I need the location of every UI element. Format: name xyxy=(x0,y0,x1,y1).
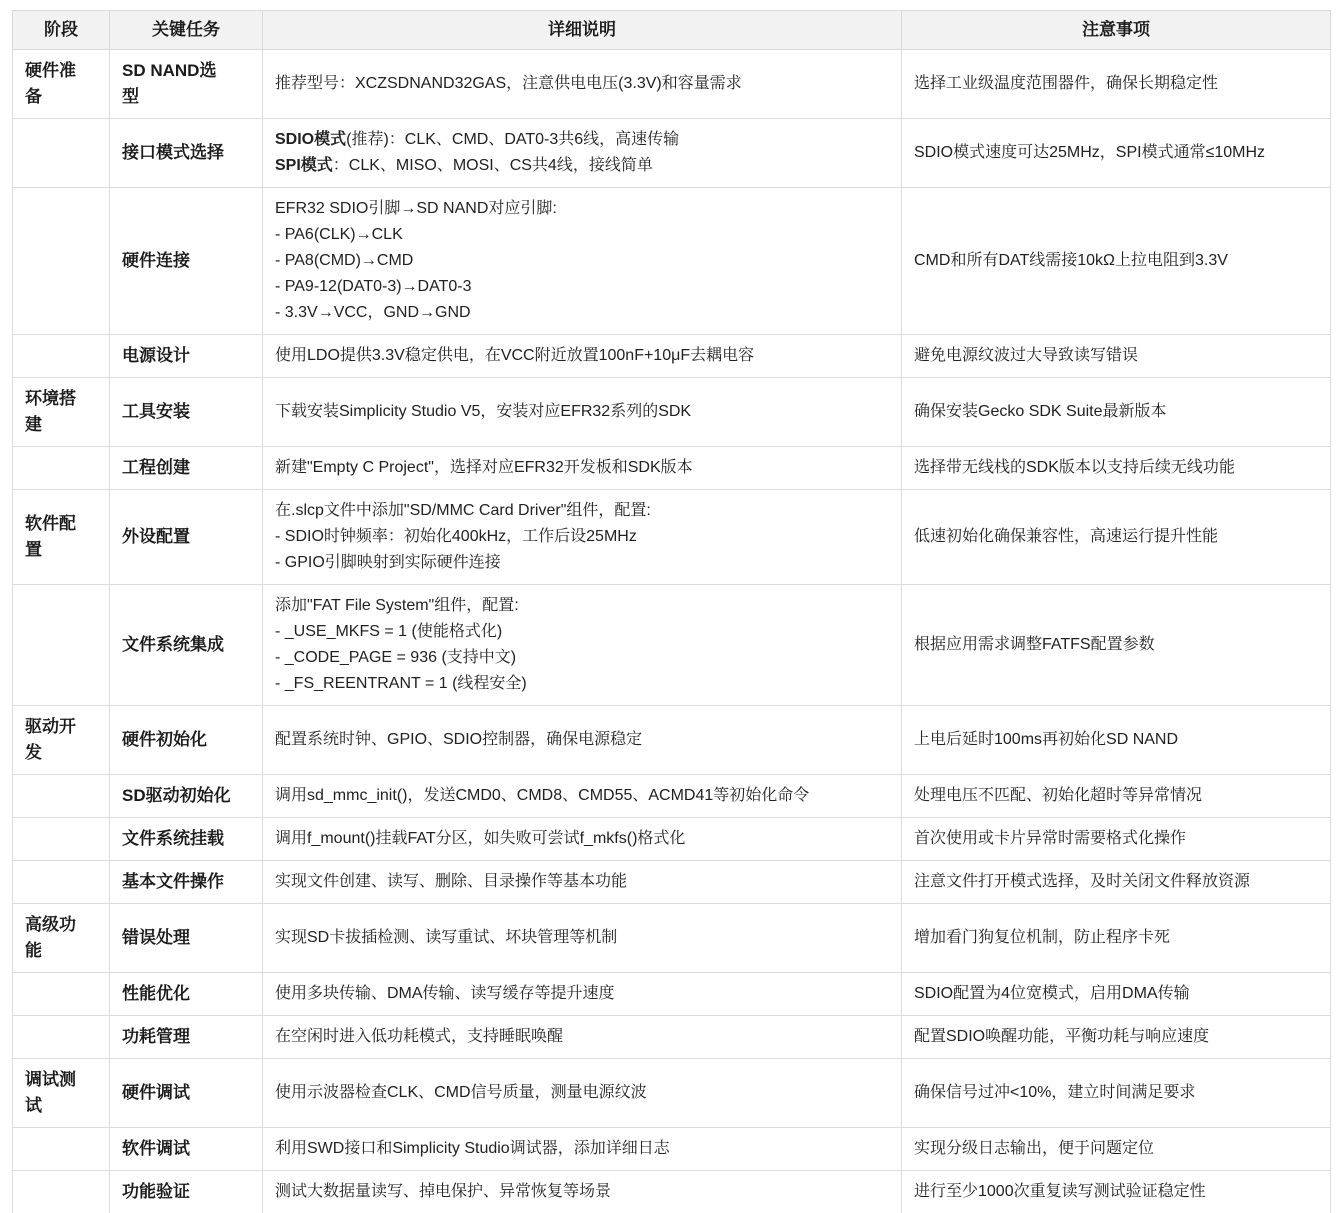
task-cell: 硬件调试 xyxy=(110,1059,263,1128)
detail-cell: 在空闲时进入低功耗模式，支持睡眠唤醒 xyxy=(263,1016,902,1059)
table-row: 功能验证测试大数据量读写、掉电保护、异常恢复等场景进行至少1000次重复读写测试… xyxy=(13,1171,1331,1213)
detail-cell: 推荐型号：XCZSDNAND32GAS，注意供电电压(3.3V)和容量需求 xyxy=(263,50,902,119)
detail-segment: 使用多块传输、DMA传输、读写缓存等提升速度 xyxy=(275,985,615,1002)
stage-cell xyxy=(13,585,110,706)
task-cell: 接口模式选择 xyxy=(110,119,263,188)
table-row: 文件系统挂载调用f_mount()挂载FAT分区，如失败可尝试f_mkfs()格… xyxy=(13,818,1331,861)
detail-segment: - PA8(CMD)→CMD xyxy=(275,252,413,269)
stage-cell xyxy=(13,1128,110,1171)
table-row: 调试测试硬件调试使用示波器检查CLK、CMD信号质量，测量电源纹波确保信号过冲<… xyxy=(13,1059,1331,1128)
detail-segment: 使用示波器检查CLK、CMD信号质量，测量电源纹波 xyxy=(275,1084,647,1101)
detail-line: 使用LDO提供3.3V稳定供电，在VCC附近放置100nF+10μF去耦电容 xyxy=(275,343,889,369)
table-row: 功耗管理在空闲时进入低功耗模式，支持睡眠唤醒配置SDIO唤醒功能，平衡功耗与响应… xyxy=(13,1016,1331,1059)
detail-line: 推荐型号：XCZSDNAND32GAS，注意供电电压(3.3V)和容量需求 xyxy=(275,71,889,97)
stage-cell xyxy=(13,775,110,818)
task-label: 功耗管理 xyxy=(122,1024,190,1050)
detail-line: - GPIO引脚映射到实际硬件连接 xyxy=(275,550,889,576)
table-row: 环境搭建工具安装下载安装Simplicity Studio V5，安装对应EFR… xyxy=(13,378,1331,447)
table-row: 文件系统集成添加"FAT File System"组件，配置:- _USE_MK… xyxy=(13,585,1331,706)
task-label: 外设配置 xyxy=(122,524,190,550)
detail-cell: 实现SD卡拔插检测、读写重试、坏块管理等机制 xyxy=(263,904,902,973)
note-cell: SDIO配置为4位宽模式，启用DMA传输 xyxy=(902,973,1331,1016)
task-label: 硬件调试 xyxy=(122,1080,190,1106)
task-label: SD NAND选型 xyxy=(122,58,231,110)
detail-segment: - GPIO引脚映射到实际硬件连接 xyxy=(275,554,501,571)
detail-line: - PA8(CMD)→CMD xyxy=(275,248,889,274)
detail-segment: 实现文件创建、读写、删除、目录操作等基本功能 xyxy=(275,873,627,890)
detail-line: 调用f_mount()挂载FAT分区，如失败可尝试f_mkfs()格式化 xyxy=(275,826,889,852)
detail-line: 在空闲时进入低功耗模式，支持睡眠唤醒 xyxy=(275,1024,889,1050)
detail-line: - PA6(CLK)→CLK xyxy=(275,222,889,248)
stage-cell xyxy=(13,818,110,861)
detail-segment: - _USE_MKFS = 1 (使能格式化) xyxy=(275,623,502,640)
detail-cell: EFR32 SDIO引脚→SD NAND对应引脚:- PA6(CLK)→CLK-… xyxy=(263,188,902,335)
detail-line: EFR32 SDIO引脚→SD NAND对应引脚: xyxy=(275,196,889,222)
detail-segment: EFR32 SDIO引脚→SD NAND对应引脚: xyxy=(275,200,557,217)
detail-line: - 3.3V→VCC，GND→GND xyxy=(275,300,889,326)
task-cell: 外设配置 xyxy=(110,490,263,585)
stage-cell xyxy=(13,188,110,335)
table-row: 工程创建新建"Empty C Project"，选择对应EFR32开发板和SDK… xyxy=(13,447,1331,490)
detail-line: 使用多块传输、DMA传输、读写缓存等提升速度 xyxy=(275,981,889,1007)
detail-segment: 利用SWD接口和Simplicity Studio调试器，添加详细日志 xyxy=(275,1140,670,1157)
task-label: 错误处理 xyxy=(122,925,190,951)
header-row: 阶段关键任务详细说明注意事项 xyxy=(13,11,1331,50)
detail-cell: 配置系统时钟、GPIO、SDIO控制器，确保电源稳定 xyxy=(263,706,902,775)
detail-segment: (推荐)：CLK、CMD、DAT0-3共6线，高速传输 xyxy=(346,131,679,148)
task-label: SD驱动初始化 xyxy=(122,783,231,809)
table-header: 阶段关键任务详细说明注意事项 xyxy=(13,11,1331,50)
column-header: 详细说明 xyxy=(263,11,902,50)
stage-label: 驱动开发 xyxy=(25,714,79,766)
detail-line: 利用SWD接口和Simplicity Studio调试器，添加详细日志 xyxy=(275,1136,889,1162)
note-cell: 确保安装Gecko SDK Suite最新版本 xyxy=(902,378,1331,447)
detail-cell: 使用LDO提供3.3V稳定供电，在VCC附近放置100nF+10μF去耦电容 xyxy=(263,335,902,378)
detail-segment: 配置系统时钟、GPIO、SDIO控制器，确保电源稳定 xyxy=(275,731,642,748)
stage-label: 调试测试 xyxy=(25,1067,79,1119)
task-label: 工具安装 xyxy=(122,399,190,425)
task-cell: 文件系统挂载 xyxy=(110,818,263,861)
task-cell: 功耗管理 xyxy=(110,1016,263,1059)
table-row: 性能优化使用多块传输、DMA传输、读写缓存等提升速度SDIO配置为4位宽模式，启… xyxy=(13,973,1331,1016)
note-cell: 上电后延时100ms再初始化SD NAND xyxy=(902,706,1331,775)
table-row: 高级功能错误处理实现SD卡拔插检测、读写重试、坏块管理等机制增加看门狗复位机制，… xyxy=(13,904,1331,973)
detail-cell: 添加"FAT File System"组件，配置:- _USE_MKFS = 1… xyxy=(263,585,902,706)
note-cell: 选择带无线栈的SDK版本以支持后续无线功能 xyxy=(902,447,1331,490)
page: 阶段关键任务详细说明注意事项 硬件准备SD NAND选型推荐型号：XCZSDNA… xyxy=(0,0,1341,1213)
task-cell: 文件系统集成 xyxy=(110,585,263,706)
task-cell: 硬件初始化 xyxy=(110,706,263,775)
detail-segment: 调用f_mount()挂载FAT分区，如失败可尝试f_mkfs()格式化 xyxy=(275,830,685,847)
detail-cell: 在.slcp文件中添加"SD/MMC Card Driver"组件，配置:- S… xyxy=(263,490,902,585)
task-cell: 硬件连接 xyxy=(110,188,263,335)
detail-segment: 在.slcp文件中添加"SD/MMC Card Driver"组件，配置: xyxy=(275,502,651,519)
detail-segment: 调用sd_mmc_init()，发送CMD0、CMD8、CMD55、ACMD41… xyxy=(275,787,809,804)
note-cell: 确保信号过冲<10%，建立时间满足要求 xyxy=(902,1059,1331,1128)
stage-cell xyxy=(13,973,110,1016)
detail-line: 实现文件创建、读写、删除、目录操作等基本功能 xyxy=(275,869,889,895)
stage-cell: 调试测试 xyxy=(13,1059,110,1128)
table-row: 硬件连接EFR32 SDIO引脚→SD NAND对应引脚:- PA6(CLK)→… xyxy=(13,188,1331,335)
task-table: 阶段关键任务详细说明注意事项 硬件准备SD NAND选型推荐型号：XCZSDNA… xyxy=(12,10,1331,1213)
detail-cell: 调用sd_mmc_init()，发送CMD0、CMD8、CMD55、ACMD41… xyxy=(263,775,902,818)
detail-line: 添加"FAT File System"组件，配置: xyxy=(275,593,889,619)
detail-segment: - _CODE_PAGE = 936 (支持中文) xyxy=(275,649,516,666)
note-cell: SDIO模式速度可达25MHz，SPI模式通常≤10MHz xyxy=(902,119,1331,188)
detail-segment: 实现SD卡拔插检测、读写重试、坏块管理等机制 xyxy=(275,929,617,946)
column-header: 关键任务 xyxy=(110,11,263,50)
detail-cell: 使用示波器检查CLK、CMD信号质量，测量电源纹波 xyxy=(263,1059,902,1128)
task-table-container: 阶段关键任务详细说明注意事项 硬件准备SD NAND选型推荐型号：XCZSDNA… xyxy=(12,10,1330,1213)
detail-line: 使用示波器检查CLK、CMD信号质量，测量电源纹波 xyxy=(275,1080,889,1106)
detail-cell: 利用SWD接口和Simplicity Studio调试器，添加详细日志 xyxy=(263,1128,902,1171)
task-label: 功能验证 xyxy=(122,1179,190,1205)
detail-cell: SDIO模式(推荐)：CLK、CMD、DAT0-3共6线，高速传输SPI模式：C… xyxy=(263,119,902,188)
stage-cell: 硬件准备 xyxy=(13,50,110,119)
detail-line: 在.slcp文件中添加"SD/MMC Card Driver"组件，配置: xyxy=(275,498,889,524)
detail-line: 实现SD卡拔插检测、读写重试、坏块管理等机制 xyxy=(275,925,889,951)
stage-cell xyxy=(13,447,110,490)
task-cell: 电源设计 xyxy=(110,335,263,378)
stage-label: 硬件准备 xyxy=(25,58,79,110)
table-body: 硬件准备SD NAND选型推荐型号：XCZSDNAND32GAS，注意供电电压(… xyxy=(13,50,1331,1213)
detail-segment: - PA9-12(DAT0-3)→DAT0-3 xyxy=(275,278,471,295)
note-cell: 实现分级日志输出，便于问题定位 xyxy=(902,1128,1331,1171)
detail-line: - _FS_REENTRANT = 1 (线程安全) xyxy=(275,671,889,697)
note-cell: 根据应用需求调整FATFS配置参数 xyxy=(902,585,1331,706)
detail-line: 配置系统时钟、GPIO、SDIO控制器，确保电源稳定 xyxy=(275,727,889,753)
stage-label: 软件配置 xyxy=(25,511,79,563)
stage-cell xyxy=(13,861,110,904)
table-row: 硬件准备SD NAND选型推荐型号：XCZSDNAND32GAS，注意供电电压(… xyxy=(13,50,1331,119)
table-row: SD驱动初始化调用sd_mmc_init()，发送CMD0、CMD8、CMD55… xyxy=(13,775,1331,818)
table-row: 基本文件操作实现文件创建、读写、删除、目录操作等基本功能注意文件打开模式选择，及… xyxy=(13,861,1331,904)
note-cell: 进行至少1000次重复读写测试验证稳定性 xyxy=(902,1171,1331,1213)
task-cell: SD NAND选型 xyxy=(110,50,263,119)
stage-cell xyxy=(13,335,110,378)
detail-cell: 使用多块传输、DMA传输、读写缓存等提升速度 xyxy=(263,973,902,1016)
detail-segment-bold: SDIO模式 xyxy=(275,131,346,148)
detail-segment: 在空闲时进入低功耗模式，支持睡眠唤醒 xyxy=(275,1028,563,1045)
detail-cell: 新建"Empty C Project"，选择对应EFR32开发板和SDK版本 xyxy=(263,447,902,490)
detail-line: - SDIO时钟频率：初始化400kHz，工作后设25MHz xyxy=(275,524,889,550)
task-label: 文件系统挂载 xyxy=(122,826,224,852)
detail-cell: 测试大数据量读写、掉电保护、异常恢复等场景 xyxy=(263,1171,902,1213)
detail-segment: - _FS_REENTRANT = 1 (线程安全) xyxy=(275,675,527,692)
stage-cell xyxy=(13,119,110,188)
stage-label: 高级功能 xyxy=(25,912,79,964)
note-cell: 选择工业级温度范围器件，确保长期稳定性 xyxy=(902,50,1331,119)
task-cell: 工程创建 xyxy=(110,447,263,490)
detail-line: - PA9-12(DAT0-3)→DAT0-3 xyxy=(275,274,889,300)
detail-line: 新建"Empty C Project"，选择对应EFR32开发板和SDK版本 xyxy=(275,455,889,481)
detail-line: SDIO模式(推荐)：CLK、CMD、DAT0-3共6线，高速传输 xyxy=(275,127,889,153)
detail-segment: 添加"FAT File System"组件，配置: xyxy=(275,597,519,614)
stage-label: 环境搭建 xyxy=(25,386,79,438)
task-label: 文件系统集成 xyxy=(122,632,224,658)
task-label: 硬件初始化 xyxy=(122,727,207,753)
note-cell: 避免电源纹波过大导致读写错误 xyxy=(902,335,1331,378)
task-cell: 工具安装 xyxy=(110,378,263,447)
note-cell: CMD和所有DAT线需接10kΩ上拉电阻到3.3V xyxy=(902,188,1331,335)
detail-segment: - SDIO时钟频率：初始化400kHz，工作后设25MHz xyxy=(275,528,637,545)
table-row: 软件调试利用SWD接口和Simplicity Studio调试器，添加详细日志实… xyxy=(13,1128,1331,1171)
task-cell: 基本文件操作 xyxy=(110,861,263,904)
task-cell: SD驱动初始化 xyxy=(110,775,263,818)
detail-line: 调用sd_mmc_init()，发送CMD0、CMD8、CMD55、ACMD41… xyxy=(275,783,889,809)
task-cell: 软件调试 xyxy=(110,1128,263,1171)
task-label: 工程创建 xyxy=(122,455,190,481)
detail-line: 下载安装Simplicity Studio V5，安装对应EFR32系列的SDK xyxy=(275,399,889,425)
detail-segment: 使用LDO提供3.3V稳定供电，在VCC附近放置100nF+10μF去耦电容 xyxy=(275,347,754,364)
stage-cell: 软件配置 xyxy=(13,490,110,585)
task-label: 硬件连接 xyxy=(122,248,190,274)
note-cell: 配置SDIO唤醒功能，平衡功耗与响应速度 xyxy=(902,1016,1331,1059)
detail-segment: 下载安装Simplicity Studio V5，安装对应EFR32系列的SDK xyxy=(275,403,691,420)
column-header: 注意事项 xyxy=(902,11,1331,50)
stage-cell: 环境搭建 xyxy=(13,378,110,447)
detail-segment: - PA6(CLK)→CLK xyxy=(275,226,403,243)
detail-cell: 调用f_mount()挂载FAT分区，如失败可尝试f_mkfs()格式化 xyxy=(263,818,902,861)
stage-cell: 驱动开发 xyxy=(13,706,110,775)
task-label: 接口模式选择 xyxy=(122,140,224,166)
detail-line: - _CODE_PAGE = 936 (支持中文) xyxy=(275,645,889,671)
stage-cell xyxy=(13,1171,110,1213)
detail-cell: 实现文件创建、读写、删除、目录操作等基本功能 xyxy=(263,861,902,904)
detail-line: SPI模式：CLK、MISO、MOSI、CS共4线，接线简单 xyxy=(275,153,889,179)
stage-cell xyxy=(13,1016,110,1059)
detail-segment: 新建"Empty C Project"，选择对应EFR32开发板和SDK版本 xyxy=(275,459,693,476)
task-label: 电源设计 xyxy=(122,343,190,369)
detail-cell: 下载安装Simplicity Studio V5，安装对应EFR32系列的SDK xyxy=(263,378,902,447)
table-row: 接口模式选择SDIO模式(推荐)：CLK、CMD、DAT0-3共6线，高速传输S… xyxy=(13,119,1331,188)
stage-cell: 高级功能 xyxy=(13,904,110,973)
detail-segment: - 3.3V→VCC，GND→GND xyxy=(275,304,471,321)
task-label: 基本文件操作 xyxy=(122,869,224,895)
task-cell: 功能验证 xyxy=(110,1171,263,1213)
detail-line: - _USE_MKFS = 1 (使能格式化) xyxy=(275,619,889,645)
detail-segment: 测试大数据量读写、掉电保护、异常恢复等场景 xyxy=(275,1183,611,1200)
table-row: 电源设计使用LDO提供3.3V稳定供电，在VCC附近放置100nF+10μF去耦… xyxy=(13,335,1331,378)
detail-segment: 推荐型号：XCZSDNAND32GAS，注意供电电压(3.3V)和容量需求 xyxy=(275,75,742,92)
task-cell: 性能优化 xyxy=(110,973,263,1016)
task-label: 性能优化 xyxy=(122,981,190,1007)
note-cell: 低速初始化确保兼容性，高速运行提升性能 xyxy=(902,490,1331,585)
note-cell: 注意文件打开模式选择，及时关闭文件释放资源 xyxy=(902,861,1331,904)
column-header: 阶段 xyxy=(13,11,110,50)
note-cell: 处理电压不匹配、初始化超时等异常情况 xyxy=(902,775,1331,818)
detail-segment-bold: SPI模式 xyxy=(275,157,333,174)
note-cell: 首次使用或卡片异常时需要格式化操作 xyxy=(902,818,1331,861)
table-row: 驱动开发硬件初始化配置系统时钟、GPIO、SDIO控制器，确保电源稳定上电后延时… xyxy=(13,706,1331,775)
note-cell: 增加看门狗复位机制，防止程序卡死 xyxy=(902,904,1331,973)
task-cell: 错误处理 xyxy=(110,904,263,973)
detail-segment: ：CLK、MISO、MOSI、CS共4线，接线简单 xyxy=(333,157,653,174)
detail-line: 测试大数据量读写、掉电保护、异常恢复等场景 xyxy=(275,1179,889,1205)
task-label: 软件调试 xyxy=(122,1136,190,1162)
table-row: 软件配置外设配置在.slcp文件中添加"SD/MMC Card Driver"组… xyxy=(13,490,1331,585)
